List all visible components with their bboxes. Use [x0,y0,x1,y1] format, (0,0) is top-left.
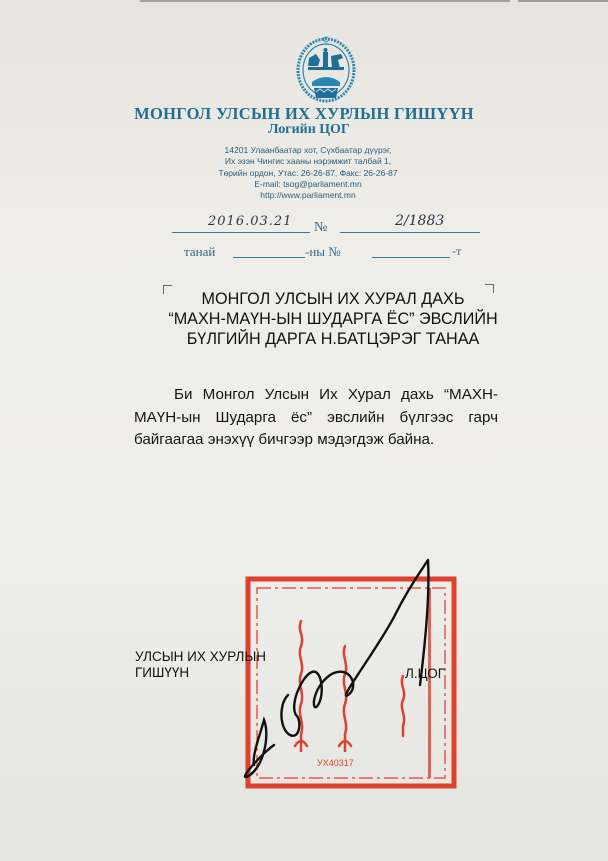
addressee-line: “МАХН-МАҮН-ЫН ШУДАРГА ЁС” ЭВСЛИЙН [58,309,608,329]
number-underline [340,232,480,233]
letter-body: Би Монгол Улсын Их Хурал дахь “МАХН-МАҮН… [134,384,498,452]
date-underline [172,232,310,233]
addressee-block: МОНГОЛ УЛСЫН ИХ ХУРАЛ ДАХЬ “МАХН-МАҮН-ЫН… [0,289,608,349]
paper-edge-shadow [140,0,510,2]
your-ref-label: танай [184,244,215,260]
addressee-line: МОНГОЛ УЛСЫН ИХ ХУРАЛ ДАХЬ [58,289,608,309]
mongolia-state-emblem-icon [294,36,358,106]
letterhead-member-name: Логийн ЦОГ [0,122,608,138]
letterhead-title: МОНГОЛ УЛСЫН ИХ ХУРЛЫН ГИШҮҮН [0,104,608,124]
handwritten-date: 2016.03.21 [208,214,292,229]
address-line: Төрийн ордон, Утас: 26-26-87, Факс: 26-2… [8,168,608,179]
your-ref-underline [233,257,305,258]
handwritten-number: 2/1883 [395,213,444,229]
letterhead-address: 14201 Улаанбаатар хот, Сүхбаатар дүүрэг,… [0,145,608,201]
address-line: Их эзэн Чингис хааны нэрэмжит талбай 1, [8,156,608,167]
handwritten-signature [230,555,460,785]
addressee-line: БҮЛГИЙН ДАРГА Н.БАТЦЭРЭГ ТАНАА [58,329,608,349]
website-url: http://www.parliament.mn [8,190,608,201]
address-line: 14201 Улаанбаатар хот, Сүхбаатар дүүрэг, [8,145,608,156]
number-label: № [314,220,327,236]
email-address: E-mail: tsog@parliament.mn [8,179,608,190]
your-number-underline [372,257,450,258]
your-number-label: -ны № [305,244,341,260]
paper-edge-shadow [518,0,608,2]
ref-suffix: -т [452,244,461,259]
